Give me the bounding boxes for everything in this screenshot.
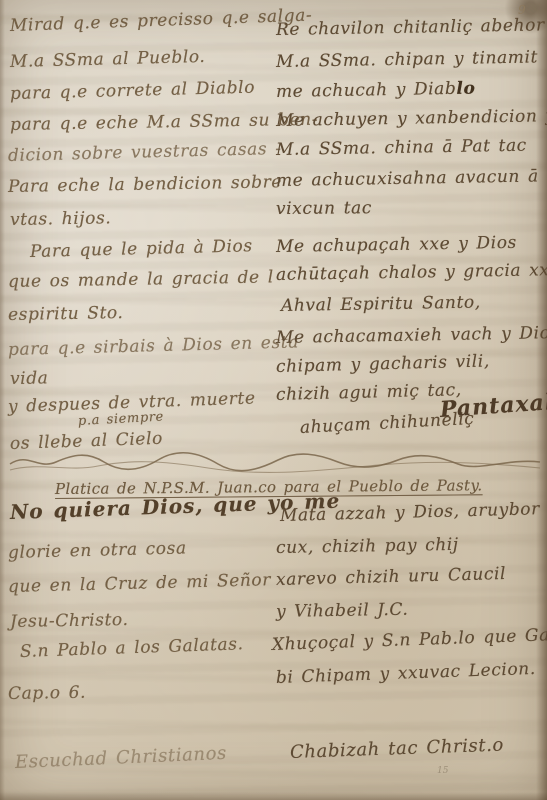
- line-right-bottom-4: Xhuçoçal y S.n Pab.lo que Galatas: [272, 624, 547, 655]
- line-right-top-10: Me achacamaxieh vach y Dios: [276, 323, 547, 348]
- line-right-bottom-6: Chabizah tac Christ.o: [290, 735, 505, 763]
- folio-mark: 15: [437, 766, 448, 776]
- line-right-top-6: vixcun tac: [276, 198, 372, 219]
- line-left-top-13-insertion: p.a siempre: [78, 410, 165, 429]
- line-right-top-11: chipam y gacharis vili,: [276, 351, 490, 377]
- line-left-bottom-5: Cap.o 6.: [8, 683, 86, 704]
- line-left-top-5: Para eche la bendicion sobre: [8, 172, 282, 197]
- line-right-top-12: chizih agui miç tac,: [276, 380, 462, 405]
- line-left-top-6: vtas. hijos.: [10, 208, 112, 230]
- line-right-top-9: Ahval Espiritu Santo,: [281, 293, 481, 316]
- line-right-bottom-2: xarevo chizih uru Caucil: [276, 564, 507, 590]
- manuscript-page: 9 Mirad q.e es precisso q.e salga- M.a S…: [0, 0, 547, 800]
- line-left-bottom-3: Jesu-Christo.: [10, 610, 129, 632]
- line-left-bottom-6: Escuchad Christianos: [15, 743, 228, 773]
- flourish-squiggle: [8, 448, 543, 474]
- page-edge-left: [0, 0, 5, 800]
- line-left-top-9: espiritu Sto.: [8, 303, 124, 325]
- line-right-top-8: achūtaçah chalos y gracia xxe y: [276, 260, 547, 285]
- line-right-top-3: Me achuyen y xanbendicion y: [276, 106, 547, 131]
- line-left-top-11: vida: [10, 368, 49, 389]
- line-right-top-2: me achucah y Diablo: [276, 79, 476, 102]
- line-right-bottom-1: cux, chizih pay chij: [276, 535, 459, 558]
- line-right-top-1: M.a SSma. chipan y tinamit: [276, 47, 538, 72]
- line-left-bottom-4: S.n Pablo a los Galatas.: [20, 634, 244, 662]
- line-right-top-4: M.a SSma. china ā Pat tac: [276, 136, 527, 160]
- line-right-top-7: Me achupaçah xxe y Dios: [276, 233, 517, 257]
- line-left-top-0: Mirad q.e es precisso q.e salga-: [10, 5, 313, 36]
- line-right-bottom-5: bi Chipam y xxuvac Lecion.: [276, 659, 536, 688]
- line-right-top-2-retraced: lo: [456, 79, 475, 99]
- line-left-top-3: para q.e eche M.a SSma su ben-: [10, 110, 318, 135]
- line-left-top-7: Para que le pida à Dios: [30, 236, 253, 262]
- line-right-top-2-text: me achucah y Diab: [276, 79, 457, 102]
- line-right-top-5: me achucuxisahna avacun ā: [276, 166, 539, 191]
- line-left-bottom-2: que en la Cruz de mi Señor: [8, 570, 271, 597]
- line-right-bottom-3: y Vihabeil J.C.: [276, 600, 409, 622]
- line-right-top-0: Re chavilon chitanliç abehor y: [276, 15, 547, 40]
- section-divider-flourish: [8, 448, 543, 478]
- line-left-top-10: para q.e sirbais à Dios en esta: [8, 332, 299, 360]
- line-left-top-1: M.a SSma al Pueblo.: [10, 47, 206, 72]
- line-left-top-4: dicion sobre vuestras casas -: [8, 139, 282, 166]
- line-left-top-8: que os mande la gracia de l: [8, 267, 274, 292]
- line-left-bottom-1: glorie en otra cosa: [8, 538, 187, 563]
- page-edge-bottom: [0, 792, 547, 800]
- line-left-top-2: para q.e correte al Diablo: [10, 78, 256, 104]
